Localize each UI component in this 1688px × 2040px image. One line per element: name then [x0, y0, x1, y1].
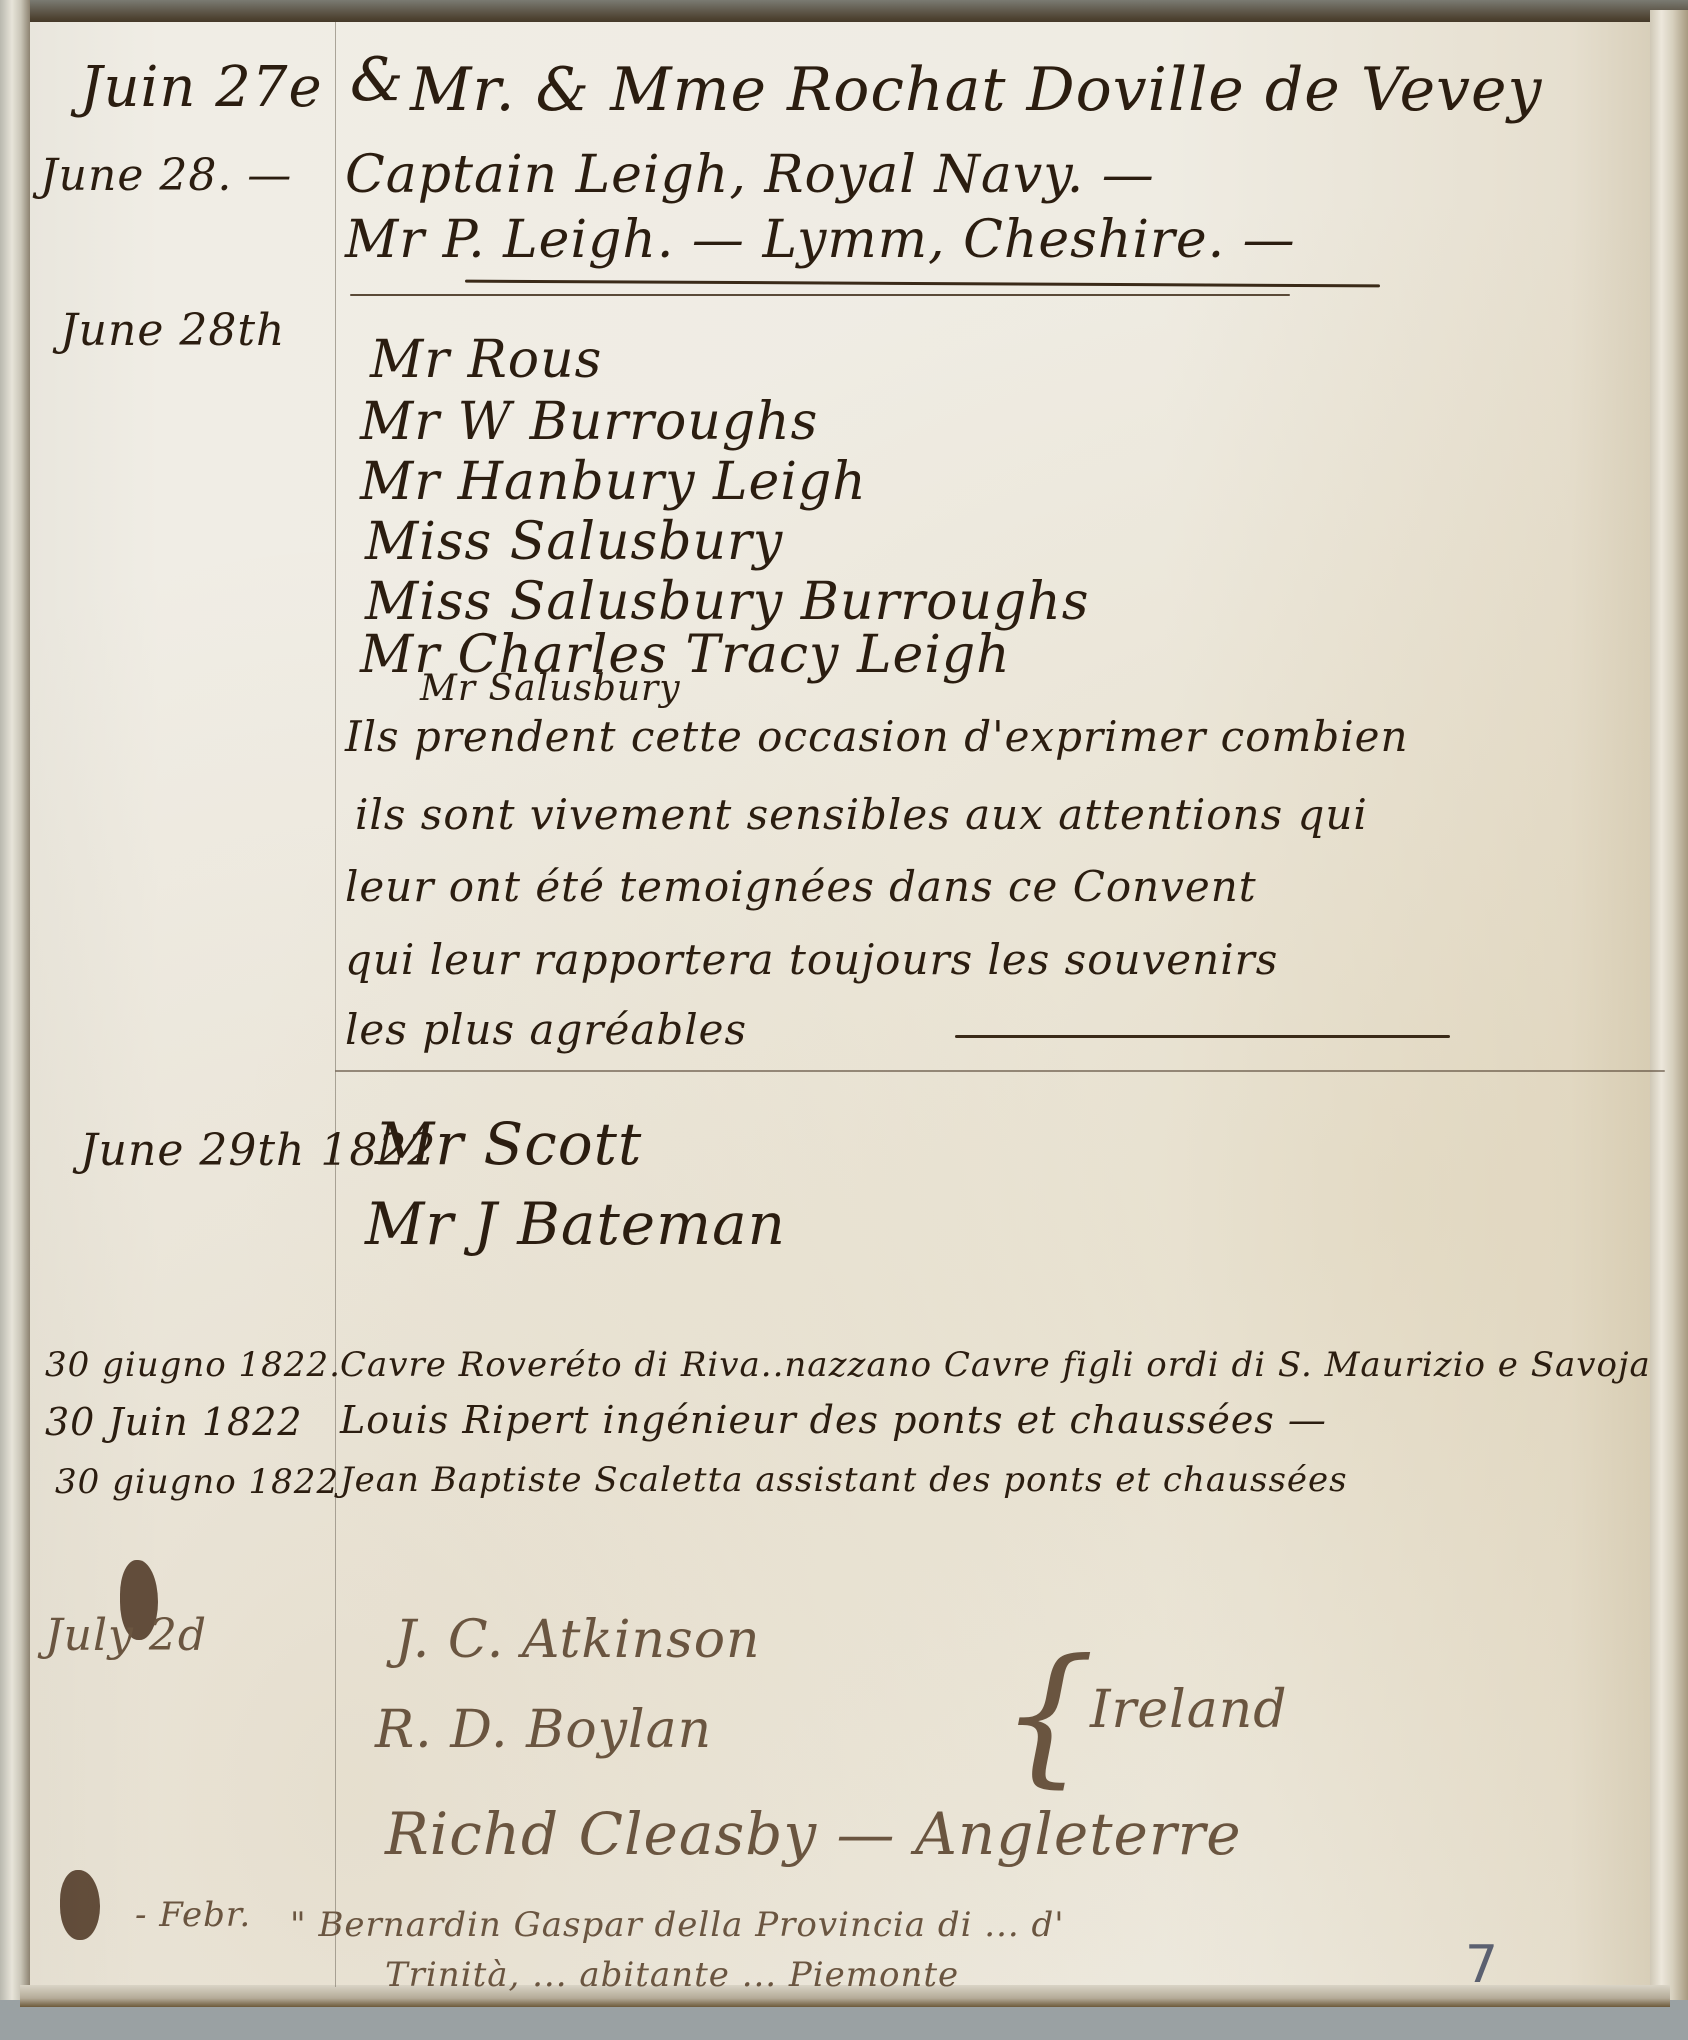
entry-line: Mr J Bateman: [365, 1190, 786, 1258]
bracket-icon: {: [1000, 1640, 1096, 1790]
book-spine-edge: [0, 0, 30, 2000]
entry-divider: [955, 1035, 1450, 1038]
entry-line: Richd Cleasby — Angleterre: [385, 1800, 1242, 1868]
entry-mark: &: [350, 45, 404, 115]
entry-divider: [350, 294, 1290, 296]
entry-note-line: les plus agréables: [345, 1005, 747, 1054]
entry-line: Mr P. Leigh. — Lymm, Cheshire. —: [345, 210, 1296, 270]
entry-date: - Febr.: [135, 1895, 251, 1935]
entry-note-line: qui leur rapportera toujours les souveni…: [345, 935, 1278, 984]
entry-line: Mr W Burroughs: [360, 392, 818, 452]
entry-line: Louis Ripert ingénieur des ponts et chau…: [340, 1398, 1327, 1442]
entry-line: R. D. Boylan: [375, 1700, 712, 1760]
entry-divider: [335, 1070, 1665, 1072]
page-fore-edge: [1650, 10, 1688, 2000]
entry-line: Cavre Roveréto di Riva..nazzano Cavre fi…: [340, 1345, 1651, 1385]
entry-bracket-note: Ireland: [1090, 1680, 1288, 1740]
entry-line: J. C. Atkinson: [395, 1610, 761, 1670]
date-column-rule: [335, 22, 336, 1987]
entry-line: Jean Baptiste Scaletta assistant des pon…: [340, 1460, 1348, 1500]
entry-date: 30 Juin 1822: [45, 1400, 303, 1444]
entry-line: Captain Leigh, Royal Navy. —: [345, 145, 1155, 205]
entry-date: July 2d: [45, 1610, 207, 1661]
entry-line: Mr Salusbury: [420, 668, 681, 709]
entry-line: Miss Salusbury: [365, 512, 783, 572]
entry-line: Mr Scott: [375, 1110, 642, 1178]
entry-date: 30 giugno 1822.: [45, 1345, 341, 1385]
ink-blot: [60, 1870, 100, 1940]
entry-line: Miss Salusbury Burroughs: [365, 572, 1089, 632]
entry-note-line: leur ont été temoignées dans ce Convent: [345, 862, 1257, 911]
entry-date: Juin 27e: [80, 55, 323, 120]
entry-note-line: Ils prendent cette occasion d'exprimer c…: [345, 712, 1409, 761]
entry-line: Trinità, ... abitante ... Piemonte: [385, 1955, 959, 1995]
entry-date: June 28th: [60, 305, 285, 356]
entry-date: 30 giugno 1822: [55, 1462, 339, 1502]
page-number: 7: [1465, 1935, 1498, 1995]
entry-line: Mr Rous: [370, 330, 602, 390]
entry-line: Mr Hanbury Leigh: [360, 452, 867, 512]
entry-note-line: ils sont vivement sensibles aux attentio…: [355, 790, 1368, 839]
entry-line: " Bernardin Gaspar della Provincia di ..…: [290, 1905, 1065, 1945]
entry-date: June 28. —: [40, 150, 292, 201]
entry-line: Mr. & Mme Rochat Doville de Vevey: [410, 55, 1542, 125]
